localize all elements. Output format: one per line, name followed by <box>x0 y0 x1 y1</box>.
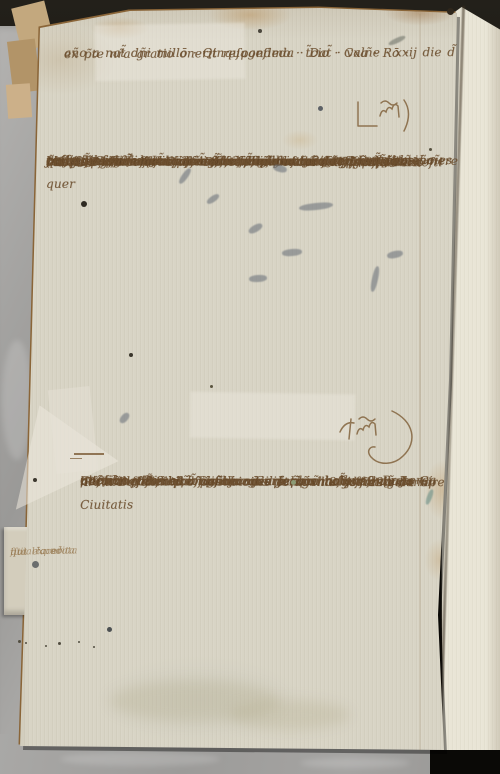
registration-paraph-1 <box>350 94 416 140</box>
ink-blot <box>58 642 61 645</box>
ink-blot <box>32 561 39 568</box>
cloth-highlight <box>2 340 32 460</box>
ink-blot <box>429 148 432 151</box>
manuscript-photo: ex p̃te nr̃a gratio onerit reſpondeda · … <box>0 0 500 774</box>
ink-showthrough <box>230 700 350 730</box>
ink-blot <box>45 645 47 647</box>
ink-blot <box>93 646 95 648</box>
cloth-highlight <box>300 758 410 768</box>
ink-blot <box>447 8 454 15</box>
ink-blot <box>129 353 133 357</box>
manuscript-line: año a nat̃ dñi millō · Qinquageſimo · t̃… <box>64 42 409 65</box>
manuscript-line: quageſimo · t̃cio · Exa · Rō · <box>46 150 230 173</box>
manuscript-line: hec collectam p̃ vr̃os nuncios peragem9 … <box>80 470 445 494</box>
page-stack-edge <box>6 83 32 119</box>
manuscript-line: quia lacerata <box>10 542 78 562</box>
cloth-highlight <box>60 752 220 766</box>
paragraph-separator-dash <box>74 453 104 459</box>
registration-paraph-2 <box>328 406 422 470</box>
ink-blot <box>18 640 21 643</box>
ink-blot <box>81 201 87 207</box>
ink-blot <box>210 385 213 388</box>
ink-blot <box>33 478 37 482</box>
fold-crease <box>419 14 421 750</box>
ink-blot <box>318 106 323 111</box>
repair-patch <box>48 386 99 474</box>
ink-blot <box>291 480 296 485</box>
ink-blot <box>258 29 262 33</box>
ink-blot <box>107 627 112 632</box>
ink-blot <box>78 641 80 643</box>
ink-blot <box>25 642 27 644</box>
